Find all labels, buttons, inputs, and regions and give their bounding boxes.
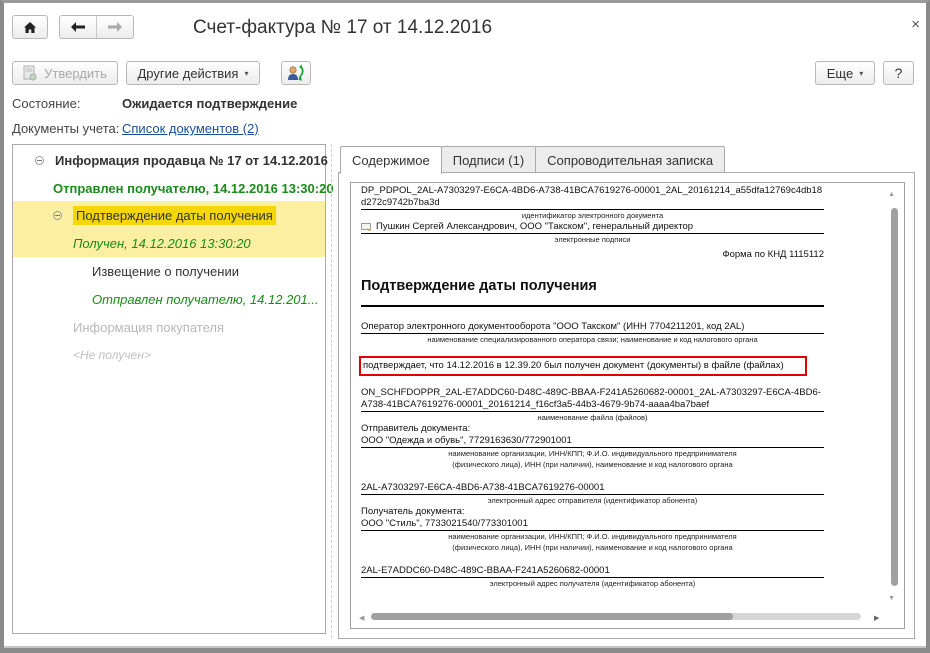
- receiver-address-caption: электронный адрес получателя (идентифика…: [361, 578, 824, 589]
- sender-address: 2AL-A7303297-E6CA-4BD6-A738-41BCA7619276…: [361, 482, 824, 495]
- tab-signatures[interactable]: Подписи (1): [441, 146, 536, 173]
- collapse-icon[interactable]: [53, 211, 62, 220]
- approve-button[interactable]: Утвердить: [12, 61, 118, 85]
- sender-label: Отправитель документа:: [361, 423, 824, 435]
- form-knd: Форма по КНД 1115112: [361, 249, 824, 261]
- tree-item-receipt-notice[interactable]: Извещение о получении: [13, 257, 325, 285]
- chevron-down-icon: ▾: [244, 69, 248, 78]
- window-title: Счет-фактура № 17 от 14.12.2016: [193, 17, 492, 39]
- horizontal-scrollbar[interactable]: [371, 613, 733, 620]
- home-button[interactable]: [12, 15, 48, 39]
- signer-caption: электронные подписи: [361, 234, 824, 245]
- receiver-address: 2AL-E7ADDC60-D48C-489C-BBAA-F241A5260682…: [361, 565, 824, 578]
- vertical-scrollbar[interactable]: [891, 208, 898, 586]
- tree-item-buyer-status[interactable]: <Не получен>: [13, 341, 325, 369]
- tree-item-status: Отправлен получателю, 14.12.2016 13:30:2…: [53, 181, 334, 196]
- close-icon[interactable]: ×: [911, 16, 920, 33]
- collapse-icon[interactable]: [35, 156, 44, 165]
- sender: ООО "Одежда и обувь", 7729163630/7729010…: [361, 435, 824, 448]
- document-id-caption: идентификатор электронного документа: [361, 210, 824, 221]
- panel-splitter[interactable]: [331, 144, 332, 638]
- tab-content[interactable]: Содержимое: [340, 146, 442, 174]
- document-heading: Подтверждение даты получения: [361, 277, 824, 295]
- tree-item-receipt-confirmation[interactable]: Подтверждение даты получения: [13, 201, 325, 229]
- tree-item-status: <Не получен>: [73, 348, 151, 362]
- tree-item-label: Информация продавца № 17 от 14.12.2016: [55, 153, 328, 168]
- state-label: Состояние:: [12, 96, 80, 111]
- state-value: Ожидается подтверждение: [122, 96, 297, 111]
- forward-button[interactable]: [96, 16, 133, 38]
- receiver-label: Получатель документа:: [361, 506, 824, 518]
- document-viewer: DP_PDPOL_2AL-A7303297-E6CA-4BD6-A738-41B…: [350, 182, 905, 629]
- receiver: ООО "Стиль", 7733021540/773301001: [361, 518, 824, 531]
- tree-item-label: Подтверждение даты получения: [73, 206, 276, 225]
- approve-label: Утвердить: [44, 66, 107, 81]
- tree-item-seller-info[interactable]: Информация продавца № 17 от 14.12.2016: [13, 146, 325, 174]
- arrow-right-icon: [108, 22, 122, 32]
- sender-caption-2: (физического лица), ИНН (при наличии), н…: [361, 459, 824, 470]
- receiver-caption-1: наименование организации, ИНН/КПП; Ф.И.О…: [361, 531, 824, 542]
- document-tree: Информация продавца № 17 от 14.12.2016 О…: [12, 144, 326, 634]
- receiver-caption-2: (физического лица), ИНН (при наличии), н…: [361, 542, 824, 553]
- scroll-down-icon[interactable]: ▼: [888, 595, 895, 602]
- document-approve-icon: [23, 65, 37, 81]
- operator-caption: наименование специализированного операто…: [361, 334, 824, 345]
- documents-list-link[interactable]: Список документов (2): [122, 121, 259, 136]
- arrow-left-icon: [71, 22, 85, 32]
- docs-label: Документы учета:: [12, 121, 119, 136]
- tree-item-status: Отправлен получателю, 14.12.201...: [92, 292, 319, 307]
- chevron-down-icon: ▾: [859, 69, 863, 78]
- file-caption: наименование файла (файлов): [361, 412, 824, 423]
- user-exchange-icon: [287, 64, 305, 82]
- tree-item-receipt-status[interactable]: Получен, 14.12.2016 13:30:20: [13, 229, 325, 257]
- file-name: ON_SCHFDOPPR_2AL-E7ADDC60-D48C-489C-BBAA…: [361, 387, 824, 412]
- exchange-button[interactable]: [281, 61, 311, 85]
- signature-icon: [361, 223, 372, 232]
- tab-bar: Содержимое Подписи (1) Сопроводительная …: [340, 146, 724, 173]
- signer-name[interactable]: Пушкин Сергей Александрович, ООО "Такско…: [376, 221, 693, 233]
- tree-item-buyer-info[interactable]: Информация покупателя: [13, 313, 325, 341]
- tree-item-label: Извещение о получении: [92, 264, 239, 279]
- document-id: DP_PDPOL_2AL-A7303297-E6CA-4BD6-A738-41B…: [361, 185, 824, 210]
- signer-row: Пушкин Сергей Александрович, ООО "Такско…: [361, 221, 824, 234]
- scroll-right-icon[interactable]: ▶: [874, 614, 879, 622]
- heading-rule: [361, 305, 824, 307]
- sender-caption-1: наименование организации, ИНН/КПП; Ф.И.О…: [361, 448, 824, 459]
- tree-item-seller-status[interactable]: Отправлен получателю, 14.12.2016 13:30:2…: [13, 174, 325, 202]
- help-button[interactable]: ?: [883, 61, 914, 85]
- document-body: DP_PDPOL_2AL-A7303297-E6CA-4BD6-A738-41B…: [361, 185, 824, 589]
- more-button[interactable]: Еще ▾: [815, 61, 875, 85]
- tab-cover-note[interactable]: Сопроводительная записка: [535, 146, 725, 173]
- tree-item-label: Информация покупателя: [73, 320, 224, 335]
- other-actions-label: Другие действия: [138, 66, 239, 81]
- operator: Оператор электронного документооборота "…: [361, 321, 824, 334]
- scroll-left-icon[interactable]: ◀: [359, 614, 364, 622]
- more-label: Еще: [827, 66, 853, 81]
- history-nav: [59, 15, 134, 39]
- home-icon: [24, 22, 36, 33]
- confirmation-text: подтверждает, что 14.12.2016 в 12.39.20 …: [359, 356, 807, 376]
- tree-item-status: Получен, 14.12.2016 13:30:20: [73, 236, 251, 251]
- other-actions-button[interactable]: Другие действия ▾: [126, 61, 260, 85]
- sender-address-caption: электронный адрес отправителя (идентифик…: [361, 495, 824, 506]
- back-button[interactable]: [60, 16, 96, 38]
- tree-item-notice-status[interactable]: Отправлен получателю, 14.12.201...: [13, 285, 325, 313]
- scroll-up-icon[interactable]: ▲: [888, 191, 895, 198]
